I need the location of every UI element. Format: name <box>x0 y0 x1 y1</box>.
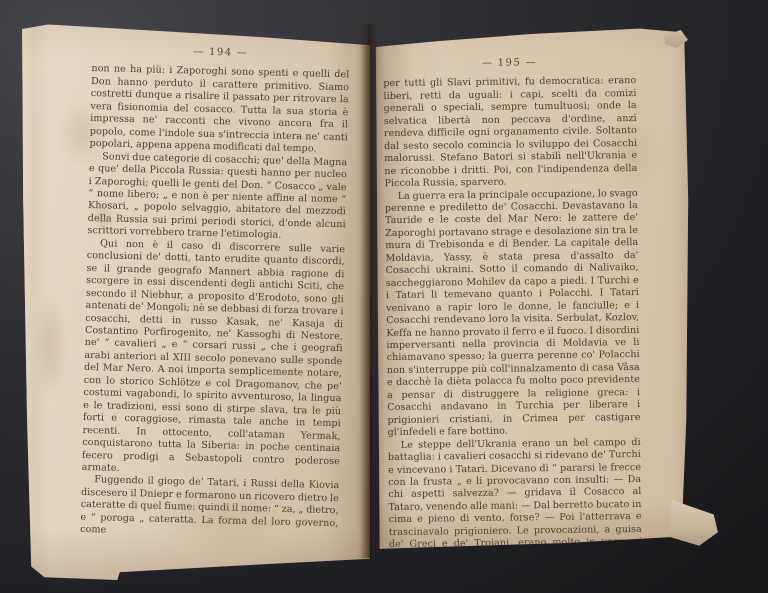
left-page: — 194 — non ne ha più: i Zaporoghi sono … <box>20 20 370 580</box>
paragraph: non ne ha più: i Zaporoghi sono spenti e… <box>89 63 349 156</box>
paragraph: Le steppe dell'Ukrania erano un bel camp… <box>388 437 643 552</box>
right-page: — 195 — per tutti gli Slavi primitivi, f… <box>372 26 694 552</box>
paragraph: Qui non è il caso di discorrere sulle va… <box>81 238 345 481</box>
left-page-text-block: — 194 — non ne ha più: i Zaporoghi sono … <box>80 44 350 543</box>
right-page-number: — 195 — <box>383 56 636 72</box>
fore-edge-page-stack <box>668 500 720 552</box>
paragraph: La guerra era la principale occupazione,… <box>385 188 641 440</box>
book-gutter-shadow <box>360 24 378 558</box>
left-page-number: — 194 — <box>92 44 350 63</box>
right-page-text-block: — 195 — per tutti gli Slavi primitivi, f… <box>383 56 642 552</box>
paragraph: Sonvi due categorie di cosacchi; que' de… <box>87 151 347 244</box>
paragraph: Fuggendo il giogo de' Tatari, i Russi de… <box>80 474 339 543</box>
photo-background: — 194 — non ne ha più: i Zaporoghi sono … <box>0 0 768 593</box>
paragraph: per tutti gli Slavi primitivi, fu democr… <box>383 75 637 190</box>
